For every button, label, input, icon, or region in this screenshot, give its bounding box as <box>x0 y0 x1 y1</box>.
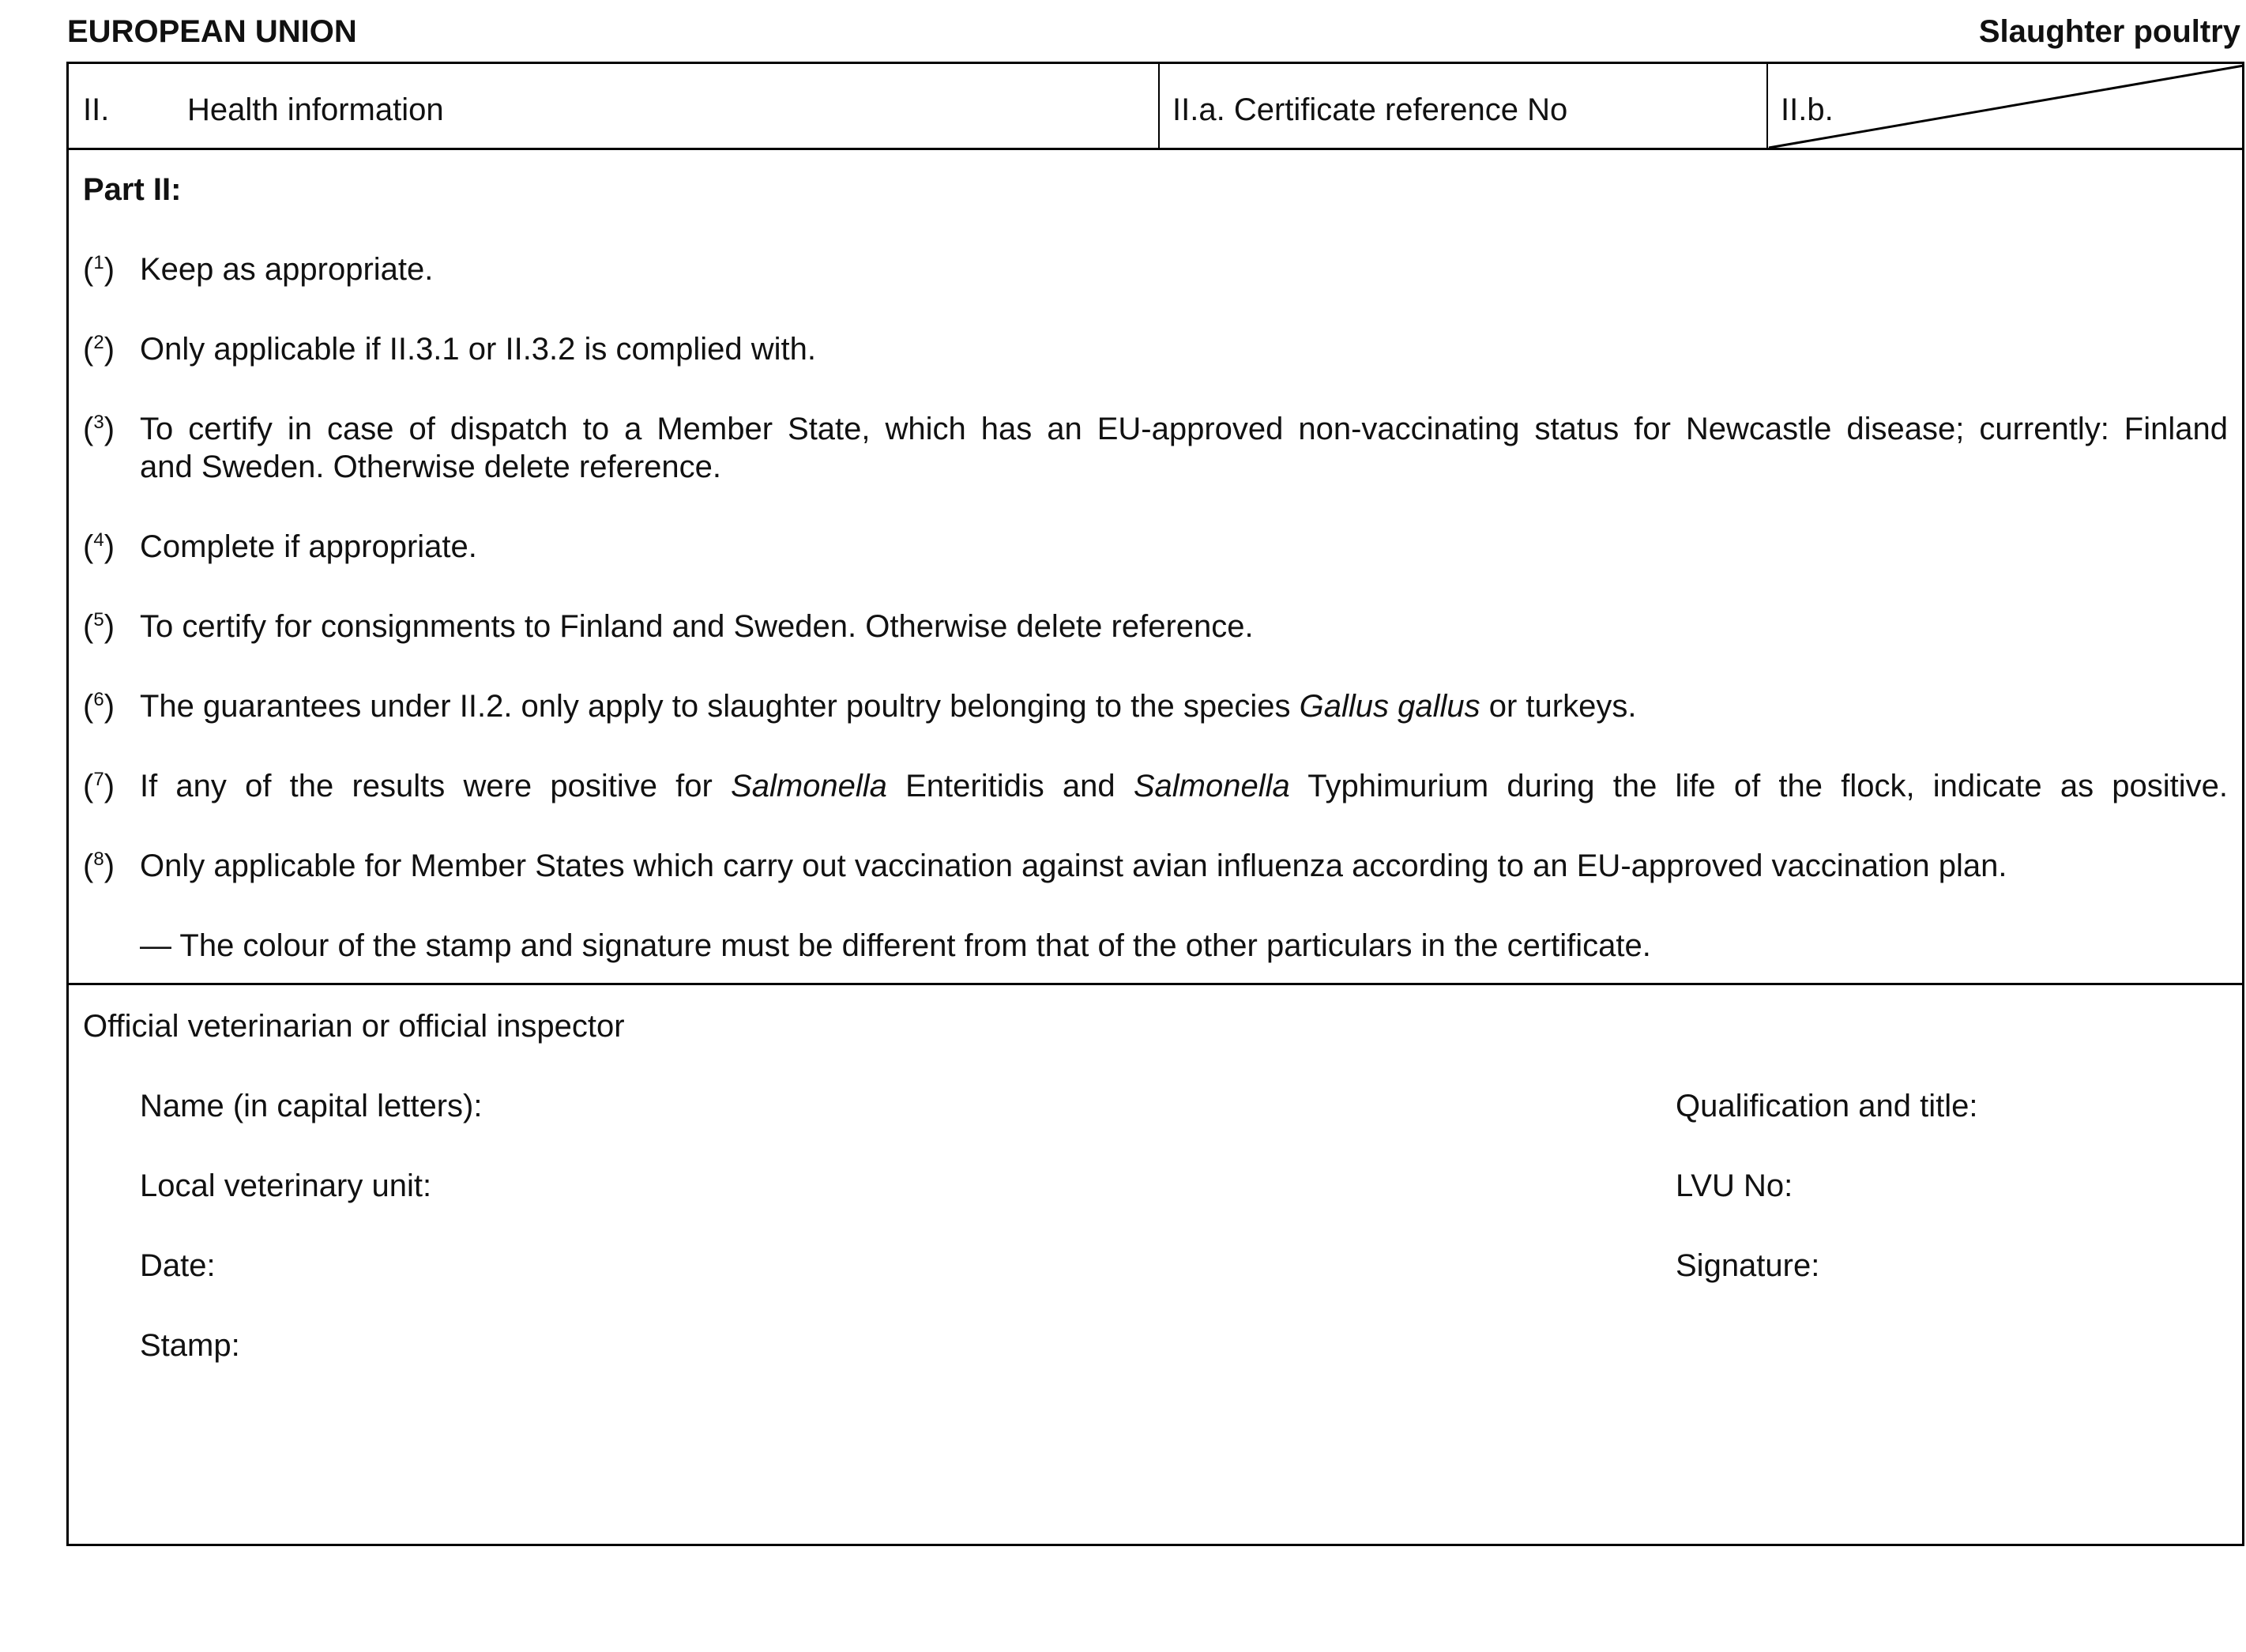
species-name: Gallus gallus <box>1300 689 1480 724</box>
document-origin: EUROPEAN UNION <box>67 14 357 50</box>
footnote-text: Complete if appropriate. <box>140 528 2228 566</box>
footnote-text: To certify for consignments to Finland a… <box>140 608 2228 645</box>
certificate-frame: II. Health information II.a. Certificate… <box>66 62 2244 1546</box>
signature-block-title: Official veterinarian or official inspec… <box>83 1007 625 1045</box>
signature-label: Signature: <box>1676 1247 1819 1285</box>
footnote-text: Keep as appropriate. <box>140 250 2228 288</box>
footnote-text: The guarantees under II.2. only apply to… <box>140 687 2228 725</box>
section-number: II. <box>83 91 109 129</box>
stamp-colour-note: — The colour of the stamp and signature … <box>140 927 1651 965</box>
certificate-type: Slaughter poultry <box>1979 14 2240 50</box>
footnote-number: (2) <box>83 330 115 368</box>
footnote-number: (4) <box>83 528 115 566</box>
local-veterinary-unit-label: Local veterinary unit: <box>140 1167 431 1205</box>
part-title: Part II: <box>83 171 181 209</box>
strike-through-line <box>1767 64 2245 149</box>
date-label: Date: <box>140 1247 216 1285</box>
certificate-reference-label: II.a. Certificate reference No <box>1172 91 1567 129</box>
qualification-title-label: Qualification and title: <box>1676 1087 1977 1125</box>
section-divider <box>69 983 2242 985</box>
name-field-label: Name (in capital letters): <box>140 1087 482 1125</box>
footnote-number: (3) <box>83 410 115 448</box>
footnote-number: (7) <box>83 767 115 805</box>
footnote-text: Only applicable if II.3.1 or II.3.2 is c… <box>140 330 2228 368</box>
stamp-label: Stamp: <box>140 1326 240 1364</box>
column-divider <box>1158 64 1160 149</box>
section-title: Health information <box>187 91 444 129</box>
footnote-number: (8) <box>83 847 115 885</box>
footnote-number: (5) <box>83 608 115 645</box>
iib-label: II.b. <box>1781 91 1834 129</box>
footnote-text-line1: To certify in case of dispatch to a Memb… <box>140 410 2228 448</box>
lvu-number-label: LVU No: <box>1676 1167 1793 1205</box>
footnote-text-line2: and Sweden. Otherwise delete reference. <box>140 448 2228 486</box>
footnote-number: (1) <box>83 250 115 288</box>
footnote-text: If any of the results were positive for … <box>140 767 2228 805</box>
footnote-text: Only applicable for Member States which … <box>140 847 2228 885</box>
footnote-number: (6) <box>83 687 115 725</box>
